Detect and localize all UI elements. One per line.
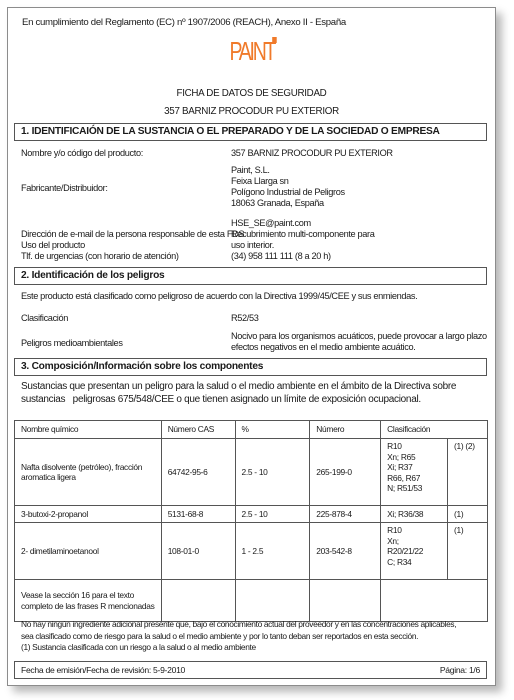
section-3-header: 3. Composición/Información sobre los com… bbox=[14, 358, 487, 376]
classification-value: R52/53 bbox=[231, 313, 259, 323]
classification-line: Xn; R65 bbox=[387, 452, 441, 463]
ec-number bbox=[310, 580, 381, 622]
product-use-label: Uso del producto bbox=[21, 240, 244, 251]
classification-label: Clasificación bbox=[21, 313, 68, 323]
classification-line: R10 bbox=[387, 441, 441, 452]
ec-number: 225-878-4 bbox=[310, 506, 381, 523]
chemical-name: 2- dimetilaminoetanool bbox=[15, 523, 162, 580]
email-label: Dirección de e-mail de la persona respon… bbox=[21, 229, 244, 240]
logo-square-icon bbox=[272, 37, 277, 43]
table-row: Vease la sección 16 para el texto comple… bbox=[15, 580, 488, 622]
page-number: Página: 1/6 bbox=[440, 662, 480, 678]
document-page: En cumplimiento del Reglamento (EC) nº 1… bbox=[7, 7, 496, 686]
contact-labels: Dirección de e-mail de la persona respon… bbox=[21, 229, 244, 262]
classification: R10 Xn; R65 Xi; R37 R66, R67 N; R51/53 bbox=[381, 439, 448, 506]
composition-intro: Sustancias que presentan un peligro para… bbox=[21, 380, 456, 406]
manufacturer-line: Paint, S.L. bbox=[231, 165, 345, 176]
contact-values: HSE_SE@paint.com Recubrimiento multi-com… bbox=[231, 218, 375, 262]
note-line: No hay ningún ingrediente adicional pres… bbox=[21, 619, 456, 631]
page-footer: Fecha de emisión/Fecha de revisión: 5-9-… bbox=[14, 661, 487, 679]
product-use-value: Recubrimiento multi-componente para bbox=[231, 229, 375, 240]
notes: (1) (2) bbox=[448, 439, 488, 506]
header-chemical-name: Nombre químico bbox=[15, 421, 162, 439]
env-hazards-value: Nocivo para los organismos acuáticos, pu… bbox=[231, 331, 487, 353]
env-hazards-label: Peligros medioambientales bbox=[21, 338, 123, 348]
manufacturer-line: Feixa Llarga sn bbox=[231, 176, 345, 187]
product-use-value: uso interior. bbox=[231, 240, 375, 251]
section-2-header: 2. Identificación de los peligros bbox=[14, 267, 487, 285]
table-header-row: Nombre químico Número CAS % Número Clasi… bbox=[15, 421, 488, 439]
notes: (1) bbox=[448, 506, 488, 523]
classification-line: Xn; bbox=[387, 536, 441, 547]
header-cas-number: Número CAS bbox=[161, 421, 235, 439]
product-name-value: 357 BARNIZ PROCODUR PU EXTERIOR bbox=[231, 148, 393, 158]
cas-number: 64742-95-6 bbox=[161, 439, 235, 506]
header-number: Número bbox=[310, 421, 381, 439]
manufacturer-line: Polígono Industrial de Peligros bbox=[231, 187, 345, 198]
classification bbox=[381, 580, 488, 622]
ec-number: 265-199-0 bbox=[310, 439, 381, 506]
header-classification: Clasificación bbox=[381, 421, 488, 439]
classification-line: R20/21/22 bbox=[387, 546, 441, 557]
cas-number: 108-01-0 bbox=[161, 523, 235, 580]
intro-line: Sustancias que presentan un peligro para… bbox=[21, 380, 456, 393]
hazard-intro: Este producto está clasificado como peli… bbox=[21, 291, 417, 301]
composition-notes: No hay ningún ingrediente adicional pres… bbox=[21, 619, 456, 654]
manufacturer-value: Paint, S.L. Feixa Llarga sn Polígono Ind… bbox=[231, 165, 345, 209]
percent: 2.5 - 10 bbox=[235, 439, 310, 506]
table-row: 3-butoxi-2-propanol 5131-68-8 2.5 - 10 2… bbox=[15, 506, 488, 523]
paint-logo-icon: PAINT bbox=[229, 36, 274, 66]
revision-date: Fecha de emisión/Fecha de revisión: 5-9-… bbox=[21, 665, 185, 675]
manufacturer-line: 18063 Granada, España bbox=[231, 198, 345, 209]
classification-line: N; R51/53 bbox=[387, 483, 441, 494]
classification: Xi; R36/38 bbox=[381, 506, 448, 523]
percent: 2.5 - 10 bbox=[235, 506, 310, 523]
percent: 1 - 2.5 bbox=[235, 523, 310, 580]
env-hazards-line: efectos negativos en el medio ambiente a… bbox=[231, 342, 487, 353]
cas-number bbox=[161, 580, 235, 622]
classification: R10 Xn; R20/21/22 C; R34 bbox=[381, 523, 448, 580]
product-title: 357 BARNIZ PROCODUR PU EXTERIOR bbox=[8, 106, 495, 117]
section-1-header: 1. IDENTIFICAIÓN DE LA SUSTANCIA O EL PR… bbox=[14, 123, 487, 141]
company-logo: PAINT bbox=[8, 36, 495, 66]
r-phrases-note: Vease la sección 16 para el texto comple… bbox=[15, 580, 162, 622]
components-table: Nombre químico Número CAS % Número Clasi… bbox=[14, 420, 488, 622]
intro-line: sustancias peligrosas 675/548/CEE o que … bbox=[21, 393, 456, 406]
note-line: sea clasificado como de riesgo para la s… bbox=[21, 631, 456, 643]
classification-line: Xi; R37 bbox=[387, 462, 441, 473]
classification-line: R10 bbox=[387, 525, 441, 536]
document-title: FICHA DE DATOS DE SEGURIDAD bbox=[8, 88, 495, 99]
table-row: 2- dimetilaminoetanool 108-01-0 1 - 2.5 … bbox=[15, 523, 488, 580]
manufacturer-label: Fabricante/Distribuidor: bbox=[21, 183, 108, 193]
regulation-text: En cumplimiento del Reglamento (EC) nº 1… bbox=[22, 17, 346, 28]
product-name-label: Nombre y/o código del producto: bbox=[21, 148, 143, 158]
header-percent: % bbox=[235, 421, 310, 439]
classification-line: C; R34 bbox=[387, 557, 441, 568]
note-line: (1) Sustancia clasificada con un riesgo … bbox=[21, 642, 456, 654]
email-value[interactable]: HSE_SE@paint.com bbox=[231, 218, 375, 229]
emergency-phone-label: Tlf. de urgencias (con horario de atenci… bbox=[21, 251, 244, 262]
cas-number: 5131-68-8 bbox=[161, 506, 235, 523]
table-row: Nafta disolvente (petróleo), fracción ar… bbox=[15, 439, 488, 506]
logo-text: PAINT bbox=[229, 36, 274, 66]
chemical-name: Nafta disolvente (petróleo), fracción ar… bbox=[15, 439, 162, 506]
emergency-phone-value: (34) 958 111 111 (8 a 20 h) bbox=[231, 251, 375, 262]
ec-number: 203-542-8 bbox=[310, 523, 381, 580]
chemical-name: 3-butoxi-2-propanol bbox=[15, 506, 162, 523]
percent bbox=[235, 580, 310, 622]
classification-line: R66, R67 bbox=[387, 473, 441, 484]
notes: (1) bbox=[448, 523, 488, 580]
env-hazards-line: Nocivo para los organismos acuáticos, pu… bbox=[231, 331, 487, 342]
